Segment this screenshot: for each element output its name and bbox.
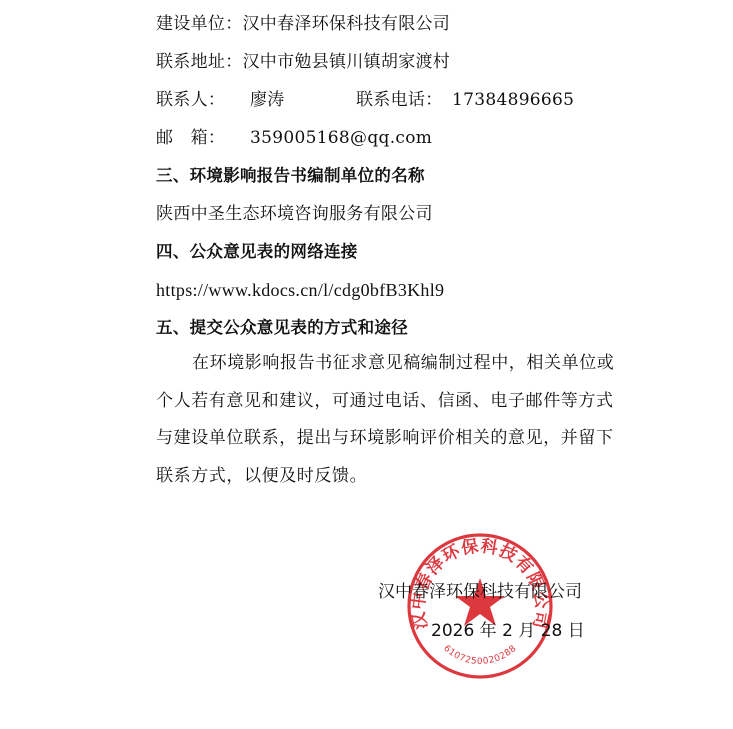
paragraph-line: 个人若有意见和建议，可通过电话、信函、电子邮件等方式 (156, 383, 616, 421)
signature-date: 2026 年 2 月 28 日 (431, 616, 585, 641)
section5-heading: 五、提交公众意见表的方式和途径 (156, 317, 408, 339)
address-line: 联系地址：汉中市勉县镇川镇胡家渡村 (156, 51, 450, 73)
signature-company: 汉中春泽环保科技有限公司 (378, 577, 582, 602)
public-opinion-link[interactable]: https://www.kdocs.cn/l/cdg0bfB3Khl9 (156, 279, 444, 301)
contact-phone-label: 联系电话： (356, 89, 443, 111)
company-seal-icon: 汉中春泽环保科技有限公司 6107250020288 (405, 530, 555, 682)
builder-value: 汉中春泽环保科技有限公司 (243, 14, 451, 34)
section4-heading: 四、公众意见表的网络连接 (156, 241, 358, 263)
stamp-code: 6107250020288 (441, 644, 519, 667)
email-label: 邮 箱： (156, 128, 225, 148)
paragraph-line: 联系方式，以便及时反馈。 (156, 458, 616, 496)
contact-person-value: 廖涛 (250, 89, 285, 111)
builder-line: 建设单位：汉中春泽环保科技有限公司 (156, 13, 450, 35)
section3-heading: 三、环境影响报告书编制单位的名称 (156, 165, 425, 187)
paragraph-line: 在环境影响报告书征求意见稿编制过程中，相关单位或 (156, 345, 616, 383)
svg-text:6107250020288: 6107250020288 (441, 644, 519, 667)
contact-person-label: 联系人： (156, 90, 225, 110)
address-value: 汉中市勉县镇川镇胡家渡村 (243, 52, 451, 72)
section5-paragraph: 在环境影响报告书征求意见稿编制过程中，相关单位或 个人若有意见和建议，可通过电话… (156, 345, 616, 495)
section3-body: 陕西中圣生态环境咨询服务有限公司 (156, 203, 433, 225)
paragraph-line: 与建设单位联系，提出与环境影响评价相关的意见，并留下 (156, 420, 616, 458)
contact-phone-value: 17384896665 (452, 89, 574, 111)
builder-label: 建设单位： (156, 14, 243, 34)
address-label: 联系地址： (156, 52, 243, 72)
email-line: 邮 箱： 359005168@qq.com (156, 127, 225, 149)
contact-line: 联系人： 廖涛 联系电话： 17384896665 (156, 89, 225, 111)
email-value: 359005168@qq.com (250, 127, 432, 149)
